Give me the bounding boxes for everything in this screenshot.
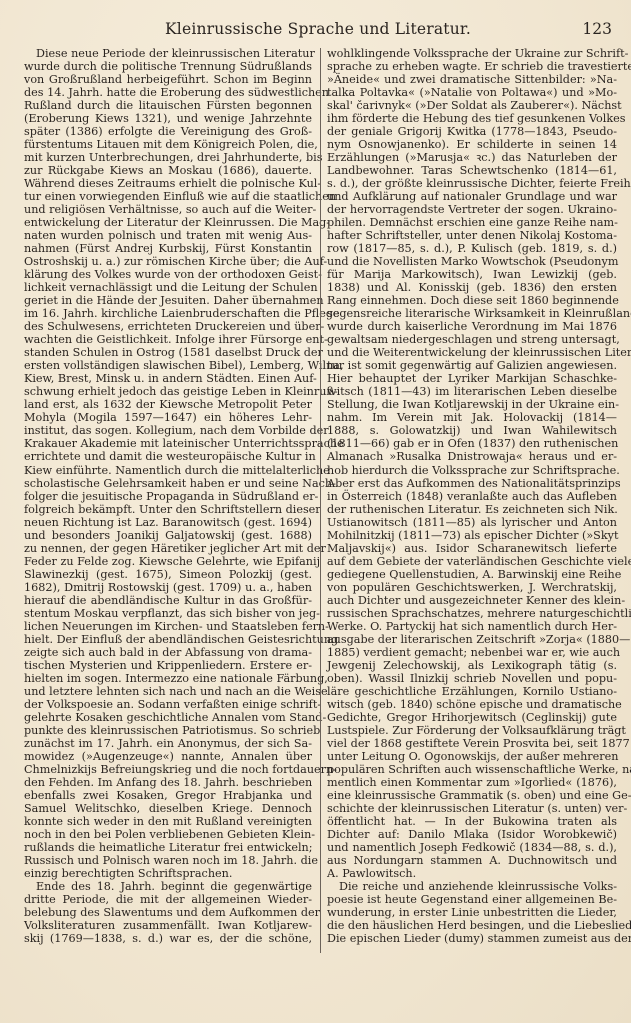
text-line: Krakauer Akademie mit lateinischer Unter…: [24, 437, 312, 450]
text-line: Die epischen Lieder (dumy) stammen zumei…: [327, 932, 617, 945]
text-line: Diese neue Periode der kleinrussischen L…: [24, 47, 312, 60]
text-line: s. d.), der größte kleinrussische Dichte…: [327, 177, 617, 190]
text-line: gediegene Quellenstudien, A. Barwinskij …: [327, 568, 617, 581]
text-line: naten wurden polnisch und traten mit wen…: [24, 229, 312, 242]
right-column: wohlklingende Volkssprache der Ukraine z…: [327, 47, 617, 945]
text-line: geriet in die Hände der Jesuiten. Daher …: [24, 294, 312, 307]
text-line: und die Novellisten Marko Wowtschok (Pse…: [327, 255, 617, 268]
text-line: im 16. Jahrh. kirchliche Laienbruderscha…: [24, 307, 312, 320]
text-line: Feder zu Felde zog. Kiewsche Gelehrte, w…: [24, 555, 312, 568]
text-line: segensreiche literarische Wirksamkeit in…: [327, 307, 617, 320]
text-line: gelehrte Kosaken geschichtliche Annalen …: [24, 711, 312, 724]
text-line: fürstentums Litauen mit dem Königreich P…: [24, 138, 312, 151]
text-line: Landbewohner. Taras Schewtschenko (1814—…: [327, 164, 617, 177]
text-line: auch Dichter und ausgezeichneter Kenner …: [327, 594, 617, 607]
text-line: wunderung, in erster Linie unbestritten …: [327, 906, 617, 919]
text-line: Maljavskij«) aus. Isidor Scharanewitsch …: [327, 542, 617, 555]
text-line: des Schulwesens, errichteten Druckereien…: [24, 320, 312, 333]
text-line: viel der 1868 gestiftete Verein Prosvita…: [327, 737, 617, 750]
text-line: Rußland durch die litauischen Fürsten be…: [24, 99, 312, 112]
text-line: auf dem Gebiete der vaterländischen Gesc…: [327, 555, 617, 568]
text-line: (1811—66) gab er in Ofen (1837) den ruth…: [327, 437, 617, 450]
text-line: und die Weiterentwickelung der kleinruss…: [327, 346, 617, 359]
text-line: land erst, als 1632 der Kiewsche Metropo…: [24, 398, 312, 411]
text-line: Hier behauptet der Lyriker Markijan Scha…: [327, 372, 617, 385]
text-line: (Eroberung Kiews 1321), und wenige Jahrz…: [24, 112, 312, 125]
text-line: läre geschichtliche Erzählungen, Kornilo…: [327, 685, 617, 698]
text-line: poesie ist heute Gegenstand einer allgem…: [327, 893, 617, 906]
text-line: Die reiche und anziehende kleinrussische…: [327, 880, 617, 893]
text-line: ebenfalls zwei Kosaken, Gregor Hrabjanka…: [24, 789, 312, 802]
text-line: wohlklingende Volkssprache der Ukraine z…: [327, 47, 617, 60]
text-line: des 14. Jahrh. hatte die Eroberung des s…: [24, 86, 312, 99]
text-line: der ruthenischen Literatur. Es zeichnete…: [327, 503, 617, 516]
page-number: 123: [582, 20, 612, 38]
text-line: belebung des Slawentums und dem Aufkomme…: [24, 906, 312, 919]
text-line: skal' čarivnyk« (»Der Soldat als Zaubere…: [327, 99, 617, 112]
text-line: hielten im sogen. Intermezzo eine nation…: [24, 672, 312, 685]
text-line: zu nennen, der gegen Häretiker jeglicher…: [24, 542, 312, 555]
text-line: schichte der kleinrussischen Literatur (…: [327, 802, 617, 815]
text-line: lichen Neuerungen im Kirchen- und Staats…: [24, 620, 312, 633]
text-line: Gedichte, Gregor Hrihorjewitsch (Ceglins…: [327, 711, 617, 724]
text-line: Dichter auf: Danilo Mlaka (Isidor Worobk…: [327, 828, 617, 841]
text-line: ersten vollständigen slawischen Bibel), …: [24, 359, 312, 372]
text-line: stentum Moskau verpflanzt, das sich bish…: [24, 607, 312, 620]
text-line: wachten die Geistlichkeit. Infolge ihrer…: [24, 333, 312, 346]
text-line: nahm. Im Verein mit Jak. Holovackij (181…: [327, 411, 617, 424]
column-divider: [320, 48, 321, 953]
text-line: von Großrußland herbeigeführt. Schon im …: [24, 73, 312, 86]
text-line: und letztere lehnten sich nach und nach …: [24, 685, 312, 698]
text-line: 1682), Dmitrij Rostowskij (gest. 1709) u…: [24, 581, 312, 594]
text-line: 1885) verdient gemacht; nebenbei war er,…: [327, 646, 617, 659]
text-line: Kiew, Brest, Minsk u. in andern Städten.…: [24, 372, 312, 385]
text-line: und namentlich Joseph Fedkowič (1834—88,…: [327, 841, 617, 854]
text-line: noch in den bei Polen verbliebenen Gebie…: [24, 828, 312, 841]
text-line: dritte Periode, die mit der allgemeinen …: [24, 893, 312, 906]
text-line: schwung erhielt jedoch das geistige Lebe…: [24, 385, 312, 398]
text-line: folger die jesuitische Propaganda in Süd…: [24, 490, 312, 503]
text-line: Mohyla (Mogila 1597—1647) ein höheres Le…: [24, 411, 312, 424]
text-line: standen Schulen in Ostrog (1581 daselbst…: [24, 346, 312, 359]
text-line: hielt. Der Einfluß der abendländischen G…: [24, 633, 312, 646]
text-line: der Volkspoesie an. Sodann verfaßten ein…: [24, 698, 312, 711]
text-line: Lustspiele. Zur Förderung der Volksaufkl…: [327, 724, 617, 737]
text-line: und besonders Joanikij Galjatowskij (ges…: [24, 529, 312, 542]
text-line: scholastische Gelehrsamkeit haben er und…: [24, 477, 312, 490]
text-line: tur ist somit gegenwärtig auf Galizien a…: [327, 359, 617, 372]
text-line: unter Leitung O. Ogonowskijs, der außer …: [327, 750, 617, 763]
text-line: mowidez (»Augenzeuge«) nannte, Annalen ü…: [24, 750, 312, 763]
text-line: lichkeit vernachlässigt und die Leitung …: [24, 281, 312, 294]
text-line: ausgabe der literarischen Zeitschrift »Z…: [327, 633, 617, 646]
text-line: Slawinezkij (gest. 1675), Simeon Polozki…: [24, 568, 312, 581]
text-line: Mohilnitzkij (1811—73) als epischer Dich…: [327, 529, 617, 542]
text-line: 1838) und Al. Konisskij (geb. 1836) den …: [327, 281, 617, 294]
text-line: einzig berechtigten Schriftsprachen.: [24, 867, 312, 880]
text-line: hafter Schriftsteller, unter denen Nikol…: [327, 229, 617, 242]
text-line: nym Osnowjanenko). Er schilderte in sein…: [327, 138, 617, 151]
text-line: und religiösen Verhältnisse, so auch auf…: [24, 203, 312, 216]
text-line: folgreich bekämpft. Unter den Schriftste…: [24, 503, 312, 516]
text-line: Chmelnizkijs Befreiungskrieg und die noc…: [24, 763, 312, 776]
text-line: und Aufklärung auf nationaler Grundlage …: [327, 190, 617, 203]
text-line: Ende des 18. Jahrh. beginnt die gegenwär…: [24, 880, 312, 893]
text-line: der geniale Grigorij Kwitka (1778—1843, …: [327, 125, 617, 138]
text-line: konnte sich weder in den mit Rußland ver…: [24, 815, 312, 828]
text-line: ihm förderte die Hebung des tief gesunke…: [327, 112, 617, 125]
text-line: row (1817—85, s. d.), P. Kulisch (geb. 1…: [327, 242, 617, 255]
text-line: mentlich einen Kommentar zum »Igorlied« …: [327, 776, 617, 789]
text-line: von populären Geschichtswerken, J. Werch…: [327, 581, 617, 594]
text-line: Werke. O. Partyckij hat sich namentlich …: [327, 620, 617, 633]
text-line: Ustianowitsch (1811—85) als lyrischer un…: [327, 516, 617, 529]
text-line: gewaltsam niedergeschlagen und streng un…: [327, 333, 617, 346]
text-line: rußlands die heimatliche Literatur frei …: [24, 841, 312, 854]
text-line: entwickelung der Literatur der Kleinruss…: [24, 216, 312, 229]
text-line: punkte des kleinrussischen Patriotismus.…: [24, 724, 312, 737]
text-line: eine kleinrussische Grammatik (s. oben) …: [327, 789, 617, 802]
text-line: A. Pawlowitsch.: [327, 867, 617, 880]
text-line: populären Schriften auch wissenschaftlic…: [327, 763, 617, 776]
text-line: Stellung, die Iwan Kotljarewskij in der …: [327, 398, 617, 411]
text-line: Rang einnehmen. Doch diese seit 1860 beg…: [327, 294, 617, 307]
text-line: der hervorragendste Vertreter der sogen.…: [327, 203, 617, 216]
text-line: tur einen vorwiegenden Einfluß wie auf d…: [24, 190, 312, 203]
running-header: Kleinrussische Sprache und Literatur. 12…: [20, 20, 616, 42]
text-line: skij (1769—1838, s. d.) war es, der die …: [24, 932, 312, 945]
text-line: Während dieses Zeitraums erhielt die pol…: [24, 177, 312, 190]
text-line: talka Poltavka« (»Natalie von Poltawa«) …: [327, 86, 617, 99]
text-line: nahmen (Fürst Andrej Kurbskij, Fürst Kon…: [24, 242, 312, 255]
text-line: für Marija Markowitsch), Iwan Lewizkij (…: [327, 268, 617, 281]
text-line: zur Rückgabe Kiews an Moskau (1686), dau…: [24, 164, 312, 177]
text-line: öffentlicht hat. — In der Bukowina trate…: [327, 815, 617, 828]
text-line: Erzählungen (»Marusja« ꝛc.) das Naturleb…: [327, 151, 617, 164]
text-line: aus Nordungarn stammen A. Duchnowitsch u…: [327, 854, 617, 867]
text-line: errichtete und damit die westeuropäische…: [24, 450, 312, 463]
text-line: tischen Mysterien und Krippenliedern. Er…: [24, 659, 312, 672]
text-line: hierauf die abendländische Kultur in das…: [24, 594, 312, 607]
text-line: witsch (1811—43) im literarischen Leben …: [327, 385, 617, 398]
text-line: Samuel Welitschko, dieselben Kriege. Den…: [24, 802, 312, 815]
text-line: Jewgenij Zelechowskij, als Lexikograph t…: [327, 659, 617, 672]
text-line: zeigte sich auch bald in der Abfassung v…: [24, 646, 312, 659]
text-line: wurde durch kaiserliche Verordnung im Ma…: [327, 320, 617, 333]
text-line: den Fehden. Im Anfang des 18. Jahrh. bes…: [24, 776, 312, 789]
text-line: mit kurzen Unterbrechungen, drei Jahrhun…: [24, 151, 312, 164]
text-line: »Äneide« und zwei dramatische Sittenbild…: [327, 73, 617, 86]
text-line: klärung des Volkes wurde von der orthodo…: [24, 268, 312, 281]
text-line: zunächst im 17. Jahrh. ein Anonymus, der…: [24, 737, 312, 750]
text-line: Aber erst das Aufkommen des Nationalität…: [327, 477, 617, 490]
text-line: institut, das sogen. Kollegium, nach dem…: [24, 424, 312, 437]
text-line: Kiew einführte. Namentlich durch die mit…: [24, 464, 312, 477]
text-line: Volksliteraturen zusammenfällt. Iwan Kot…: [24, 919, 312, 932]
left-column: Diese neue Periode der kleinrussischen L…: [24, 47, 312, 945]
text-line: oben). Wassil Ilnizkij schrieb Novellen …: [327, 672, 617, 685]
text-line: Almanach »Rusalka Dnistrowaja« heraus un…: [327, 450, 617, 463]
text-line: neuen Richtung ist Laz. Baranowitsch (ge…: [24, 516, 312, 529]
text-line: die den häuslichen Herd besingen, und di…: [327, 919, 617, 932]
text-line: russischen Sprachschatzes, mehrere natur…: [327, 607, 617, 620]
text-line: wurde durch die politische Trennung Südr…: [24, 60, 312, 73]
text-line: Ostroshskij u. a.) zur römischen Kirche …: [24, 255, 312, 268]
text-line: später (1386) erfolgte die Vereinigung d…: [24, 125, 312, 138]
running-title: Kleinrussische Sprache und Literatur.: [20, 20, 616, 38]
text-line: philen. Demnächst erschien eine ganze Re…: [327, 216, 617, 229]
text-line: in Österreich (1848) veranlaßte auch das…: [327, 490, 617, 503]
text-line: witsch (geb. 1840) schöne epische und dr…: [327, 698, 617, 711]
text-line: sprache zu erheben wagte. Er schrieb die…: [327, 60, 617, 73]
text-line: hob hierdurch die Volkssprache zur Schri…: [327, 464, 617, 477]
text-line: Russisch und Polnisch waren noch im 18. …: [24, 854, 312, 867]
text-line: 1888, s. Golowatzkij) und Iwan Wahilewit…: [327, 424, 617, 437]
book-page: Kleinrussische Sprache und Literatur. 12…: [0, 0, 631, 1023]
